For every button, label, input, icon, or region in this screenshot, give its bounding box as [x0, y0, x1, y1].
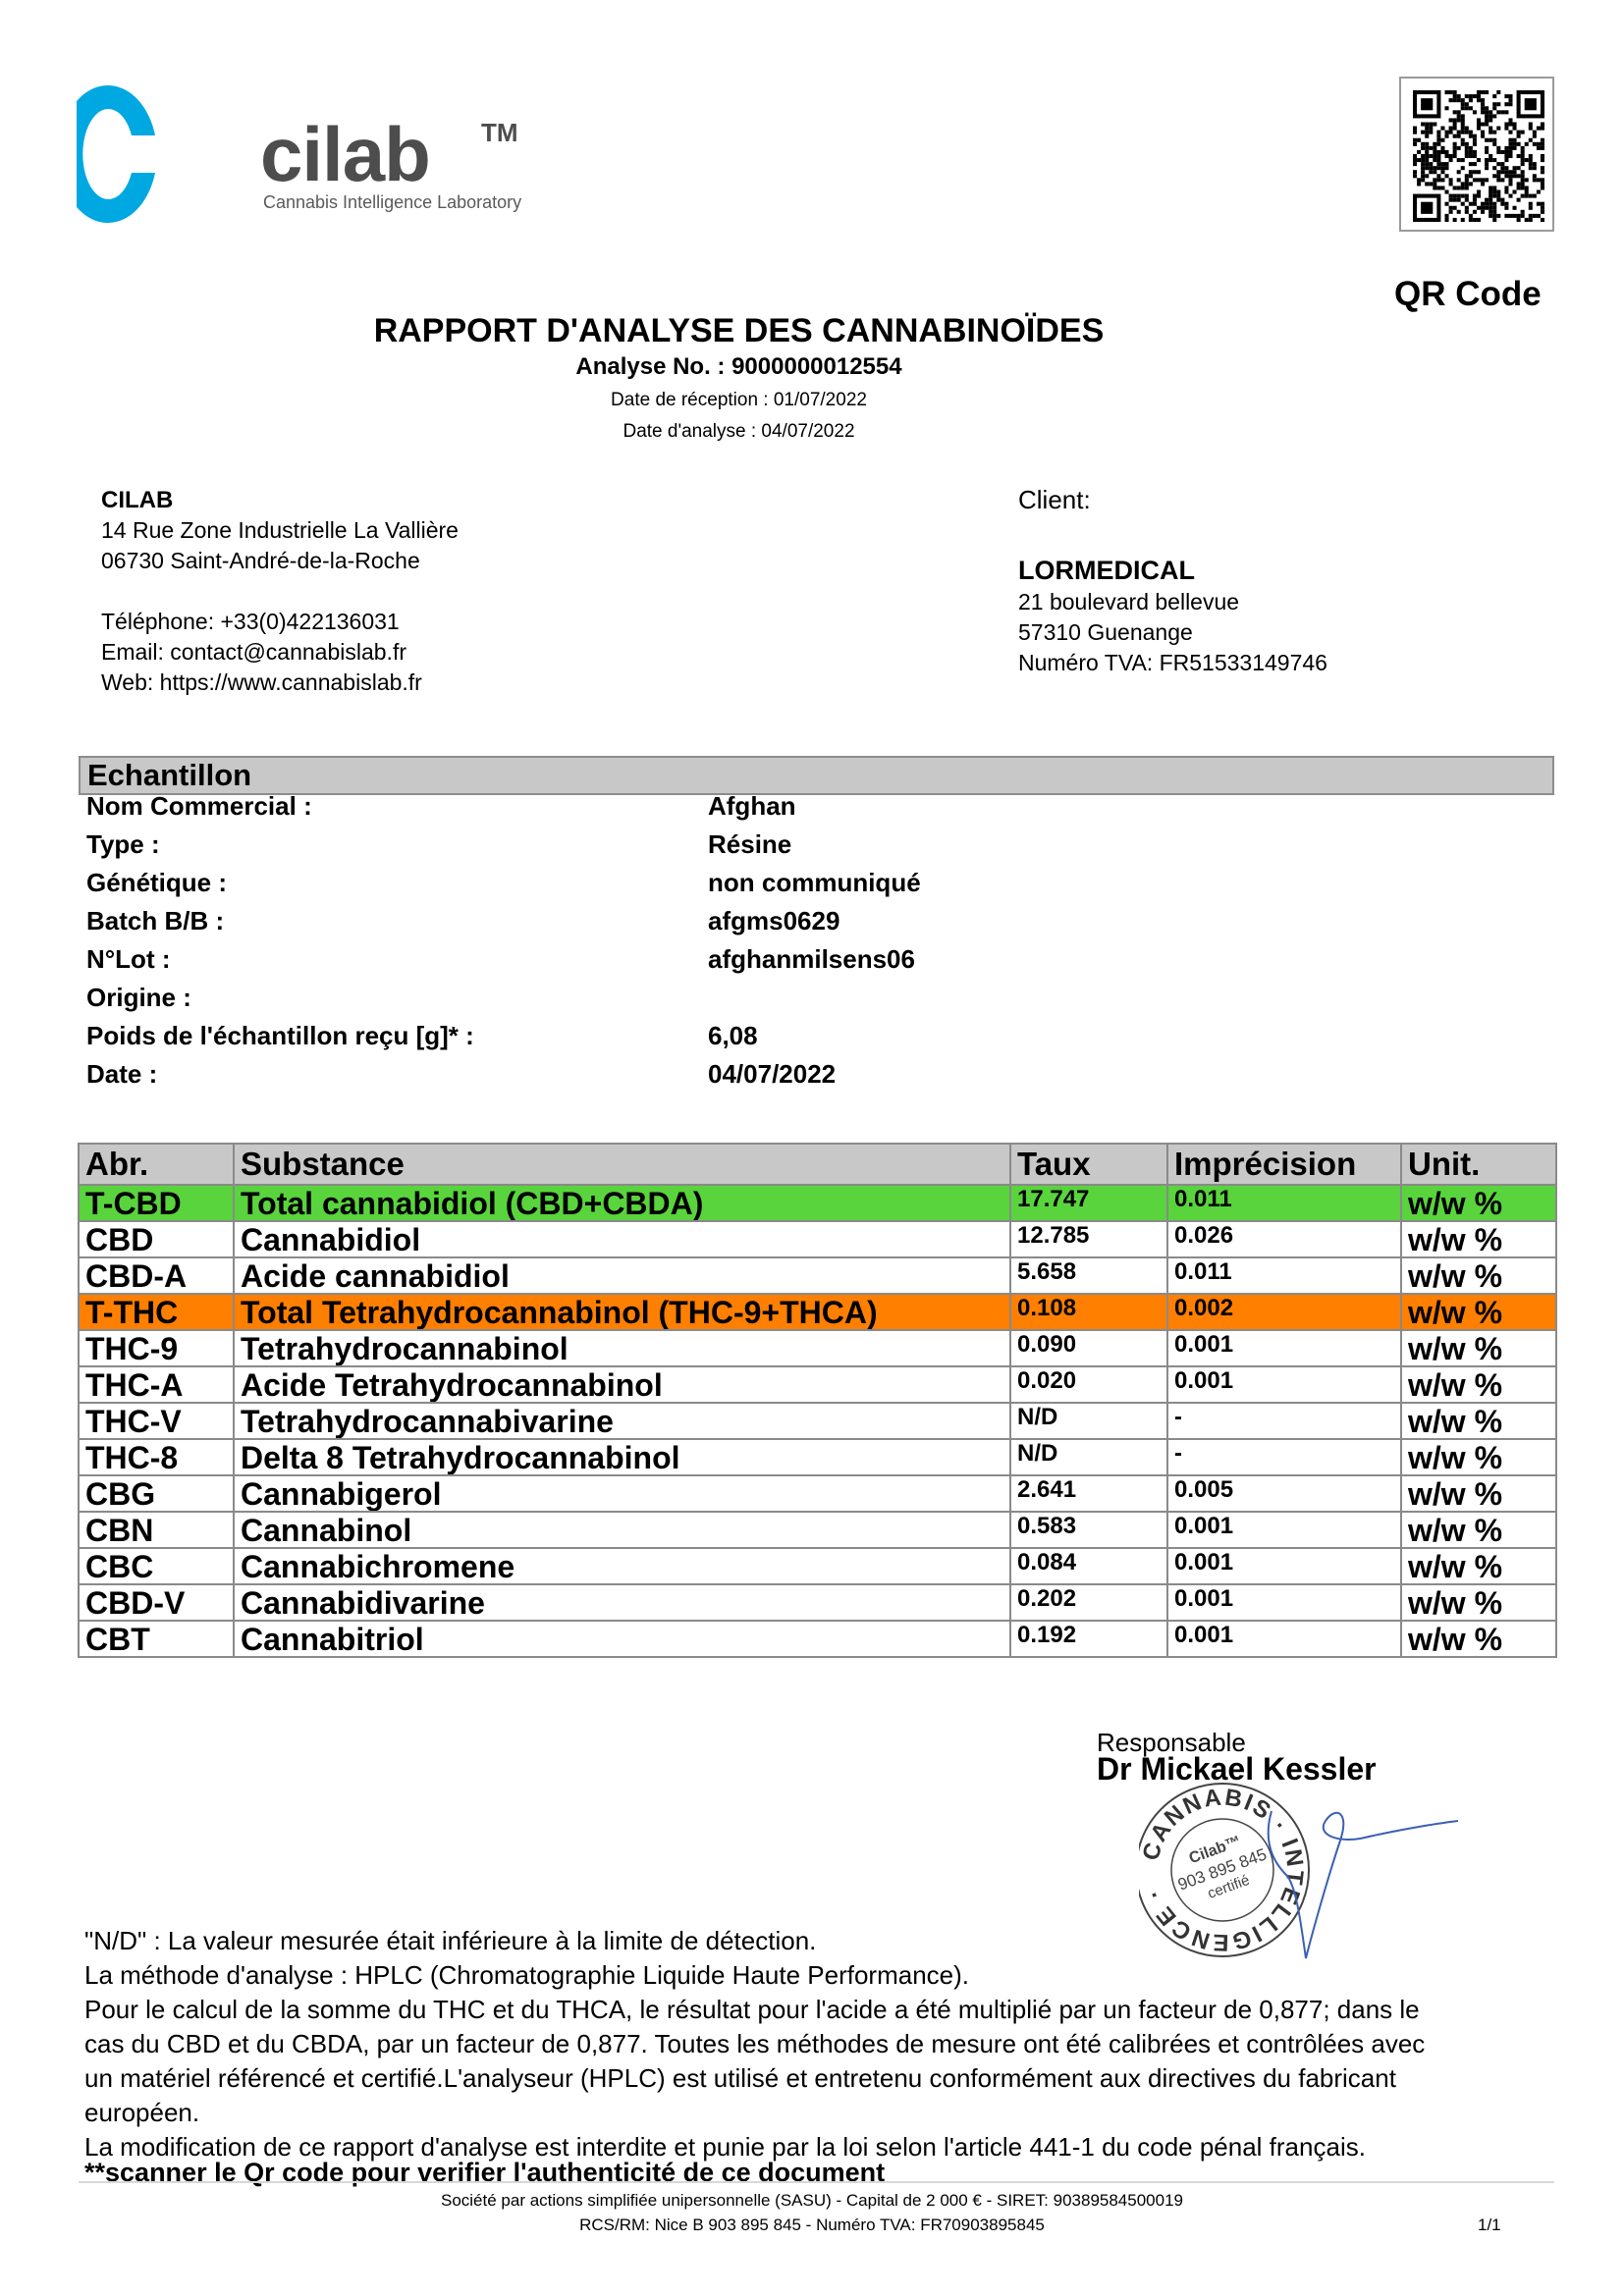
table-row: CBD-AAcide cannabidiol5.6580.011w/w %	[79, 1257, 1556, 1294]
footer-divider	[79, 2181, 1554, 2183]
cell-imprecision: -	[1167, 1403, 1401, 1439]
cilab-logo: cilab TM Cannabis Intelligence Laborator…	[77, 77, 568, 234]
table-row: THC-AAcide Tetrahydrocannabinol0.0200.00…	[79, 1366, 1556, 1403]
cell-unit: w/w %	[1401, 1185, 1556, 1221]
cell-abr: CBD	[79, 1221, 234, 1257]
cell-taux: N/D	[1010, 1439, 1167, 1475]
cell-imprecision: -	[1167, 1439, 1401, 1475]
client-address-line2: 57310 Guenange	[1018, 617, 1327, 648]
cell-imprecision: 0.001	[1167, 1621, 1401, 1657]
cell-taux: 0.202	[1010, 1584, 1167, 1621]
cell-substance: Cannabitriol	[234, 1621, 1010, 1657]
cell-substance: Acide Tetrahydrocannabinol	[234, 1366, 1010, 1403]
cell-abr: THC-A	[79, 1366, 234, 1403]
cell-imprecision: 0.001	[1167, 1366, 1401, 1403]
col-header-unit: Unit.	[1401, 1144, 1556, 1185]
analyse-number: Analyse No. : 9000000012554	[0, 353, 1478, 381]
client-tva: Numéro TVA: FR51533149746	[1018, 648, 1327, 678]
cell-substance: Total cannabidiol (CBD+CBDA)	[234, 1185, 1010, 1221]
cell-imprecision: 0.001	[1167, 1548, 1401, 1584]
cell-unit: w/w %	[1401, 1257, 1556, 1294]
sample-field-value: afgms0629	[708, 906, 839, 936]
cell-abr: THC-9	[79, 1330, 234, 1366]
table-row: T-CBDTotal cannabidiol (CBD+CBDA)17.7470…	[79, 1185, 1556, 1221]
cell-abr: CBG	[79, 1475, 234, 1512]
sample-field-label: Origine :	[86, 983, 676, 1013]
cell-unit: w/w %	[1401, 1439, 1556, 1475]
report-title: RAPPORT D'ANALYSE DES CANNABINOÏDES	[0, 312, 1478, 350]
note-calc-line1: Pour le calcul de la somme du THC et du …	[84, 1993, 1557, 2027]
cell-abr: T-CBD	[79, 1185, 234, 1221]
lab-name: CILAB	[101, 487, 173, 513]
cell-abr: CBD-V	[79, 1584, 234, 1621]
cell-substance: Cannabinol	[234, 1512, 1010, 1548]
client-label: Client:	[1018, 485, 1327, 515]
cell-unit: w/w %	[1401, 1403, 1556, 1439]
col-header-taux: Taux	[1010, 1144, 1167, 1185]
cell-substance: Cannabigerol	[234, 1475, 1010, 1512]
sample-field-value: Afghan	[708, 791, 796, 822]
cell-imprecision: 0.011	[1167, 1185, 1401, 1221]
cell-substance: Cannabidivarine	[234, 1584, 1010, 1621]
cell-taux: 0.090	[1010, 1330, 1167, 1366]
note-method: La méthode d'analyse : HPLC (Chromatogra…	[84, 1958, 1557, 1993]
date-reception: Date de réception : 01/07/2022	[0, 390, 1478, 411]
note-scan-qr: **scanner le Qr code pour verifier l'aut…	[84, 2158, 885, 2188]
date-analyse: Date d'analyse : 04/07/2022	[0, 421, 1478, 443]
cell-taux: 5.658	[1010, 1257, 1167, 1294]
cell-taux: 2.641	[1010, 1475, 1167, 1512]
cell-unit: w/w %	[1401, 1294, 1556, 1330]
brand-name: cilab	[260, 116, 430, 192]
table-row: T-THCTotal Tetrahydrocannabinol (THC-9+T…	[79, 1294, 1556, 1330]
lab-web: Web: https://www.cannabislab.fr	[101, 667, 459, 698]
cell-imprecision: 0.001	[1167, 1584, 1401, 1621]
client-name: LORMEDICAL	[1018, 556, 1195, 585]
note-calc-line4: européen.	[84, 2096, 1557, 2130]
cell-imprecision: 0.002	[1167, 1294, 1401, 1330]
note-nd: "N/D" : La valeur mesurée était inférieu…	[84, 1924, 1557, 1958]
sample-field-label: Génétique :	[86, 868, 676, 898]
sample-field-value: Résine	[708, 829, 791, 860]
sample-field-label: Batch B/B :	[86, 906, 676, 936]
qr-code	[1399, 77, 1554, 232]
c-ring-logo-icon	[77, 77, 175, 232]
sample-field-label: Poids de l'échantillon reçu [g]* :	[86, 1021, 676, 1051]
sample-field-value: non communiqué	[708, 868, 921, 898]
cell-substance: Tetrahydrocannabivarine	[234, 1403, 1010, 1439]
table-row: CBCCannabichromene0.0840.001w/w %	[79, 1548, 1556, 1584]
cell-substance: Cannabichromene	[234, 1548, 1010, 1584]
sample-field-value: 6,08	[708, 1021, 758, 1051]
cell-unit: w/w %	[1401, 1548, 1556, 1584]
cell-unit: w/w %	[1401, 1512, 1556, 1548]
cell-unit: w/w %	[1401, 1221, 1556, 1257]
cell-taux: 17.747	[1010, 1185, 1167, 1221]
lab-email: Email: contact@cannabislab.fr	[101, 637, 459, 667]
cell-substance: Acide cannabidiol	[234, 1257, 1010, 1294]
cell-unit: w/w %	[1401, 1621, 1556, 1657]
cell-imprecision: 0.005	[1167, 1475, 1401, 1512]
cell-taux: 0.192	[1010, 1621, 1167, 1657]
cannabinoid-results-table: Abr. Substance Taux Imprécision Unit. T-…	[78, 1143, 1557, 1658]
col-header-abr: Abr.	[79, 1144, 234, 1185]
cell-abr: THC-8	[79, 1439, 234, 1475]
brand-trademark: TM	[481, 118, 518, 148]
cell-taux: 0.020	[1010, 1366, 1167, 1403]
qr-code-icon	[1413, 90, 1544, 222]
cell-abr: CBT	[79, 1621, 234, 1657]
col-header-imprecision: Imprécision	[1167, 1144, 1401, 1185]
cell-taux: N/D	[1010, 1403, 1167, 1439]
table-row: CBGCannabigerol2.6410.005w/w %	[79, 1475, 1556, 1512]
sample-field-value: 04/07/2022	[708, 1059, 836, 1090]
sample-field-label: Date :	[86, 1059, 676, 1090]
cell-unit: w/w %	[1401, 1584, 1556, 1621]
cell-imprecision: 0.001	[1167, 1512, 1401, 1548]
cell-taux: 0.084	[1010, 1548, 1167, 1584]
note-calc-line3: un matériel référencé et certifié.L'anal…	[84, 2061, 1557, 2096]
sample-section-header: Echantillon	[79, 756, 1554, 795]
cell-abr: CBC	[79, 1548, 234, 1584]
table-row: CBDCannabidiol12.7850.026w/w %	[79, 1221, 1556, 1257]
sample-field-label: Type :	[86, 829, 676, 860]
table-row: CBD-VCannabidivarine0.2020.001w/w %	[79, 1584, 1556, 1621]
sample-field-label: Nom Commercial :	[86, 791, 676, 822]
table-header-row: Abr. Substance Taux Imprécision Unit.	[79, 1144, 1556, 1185]
lab-address-line2: 06730 Saint-André-de-la-Roche	[101, 546, 459, 576]
table-row: CBTCannabitriol0.1920.001w/w %	[79, 1621, 1556, 1657]
cell-substance: Total Tetrahydrocannabinol (THC-9+THCA)	[234, 1294, 1010, 1330]
brand-tagline: Cannabis Intelligence Laboratory	[263, 192, 521, 213]
cell-imprecision: 0.001	[1167, 1330, 1401, 1366]
cell-abr: THC-V	[79, 1403, 234, 1439]
cell-abr: T-THC	[79, 1294, 234, 1330]
cell-imprecision: 0.026	[1167, 1221, 1401, 1257]
cell-substance: Cannabidiol	[234, 1221, 1010, 1257]
qr-code-label: QR Code	[1394, 275, 1542, 314]
cell-unit: w/w %	[1401, 1330, 1556, 1366]
cell-taux: 12.785	[1010, 1221, 1167, 1257]
table-row: THC-VTetrahydrocannabivarineN/D-w/w %	[79, 1403, 1556, 1439]
col-header-substance: Substance	[234, 1144, 1010, 1185]
cell-imprecision: 0.011	[1167, 1257, 1401, 1294]
cell-unit: w/w %	[1401, 1366, 1556, 1403]
cell-substance: Delta 8 Tetrahydrocannabinol	[234, 1439, 1010, 1475]
sample-field-value: afghanmilsens06	[708, 944, 915, 975]
cell-abr: CBD-A	[79, 1257, 234, 1294]
cell-taux: 0.583	[1010, 1512, 1167, 1548]
sample-field-label: N°Lot :	[86, 944, 676, 975]
table-row: CBNCannabinol0.5830.001w/w %	[79, 1512, 1556, 1548]
table-row: THC-8Delta 8 TetrahydrocannabinolN/D-w/w…	[79, 1439, 1556, 1475]
client-address-block: Client: LORMEDICAL 21 boulevard bellevue…	[1018, 485, 1327, 678]
lab-address-block: CILAB 14 Rue Zone Industrielle La Valliè…	[101, 485, 459, 698]
cell-abr: CBN	[79, 1512, 234, 1548]
note-calc-line2: cas du CBD et du CBDA, par un facteur de…	[84, 2027, 1557, 2061]
client-address-line1: 21 boulevard bellevue	[1018, 587, 1327, 617]
page-number: 1/1	[1478, 2216, 1501, 2235]
lab-address-line1: 14 Rue Zone Industrielle La Vallière	[101, 515, 459, 546]
footer-registration: RCS/RM: Nice B 903 895 845 - Numéro TVA:…	[0, 2216, 1624, 2235]
footer-company-info: Société par actions simplifiée uniperson…	[0, 2191, 1624, 2211]
table-row: THC-9Tetrahydrocannabinol0.0900.001w/w %	[79, 1330, 1556, 1366]
cell-substance: Tetrahydrocannabinol	[234, 1330, 1010, 1366]
cell-unit: w/w %	[1401, 1475, 1556, 1512]
lab-phone: Téléphone: +33(0)422136031	[101, 607, 459, 637]
cell-taux: 0.108	[1010, 1294, 1167, 1330]
